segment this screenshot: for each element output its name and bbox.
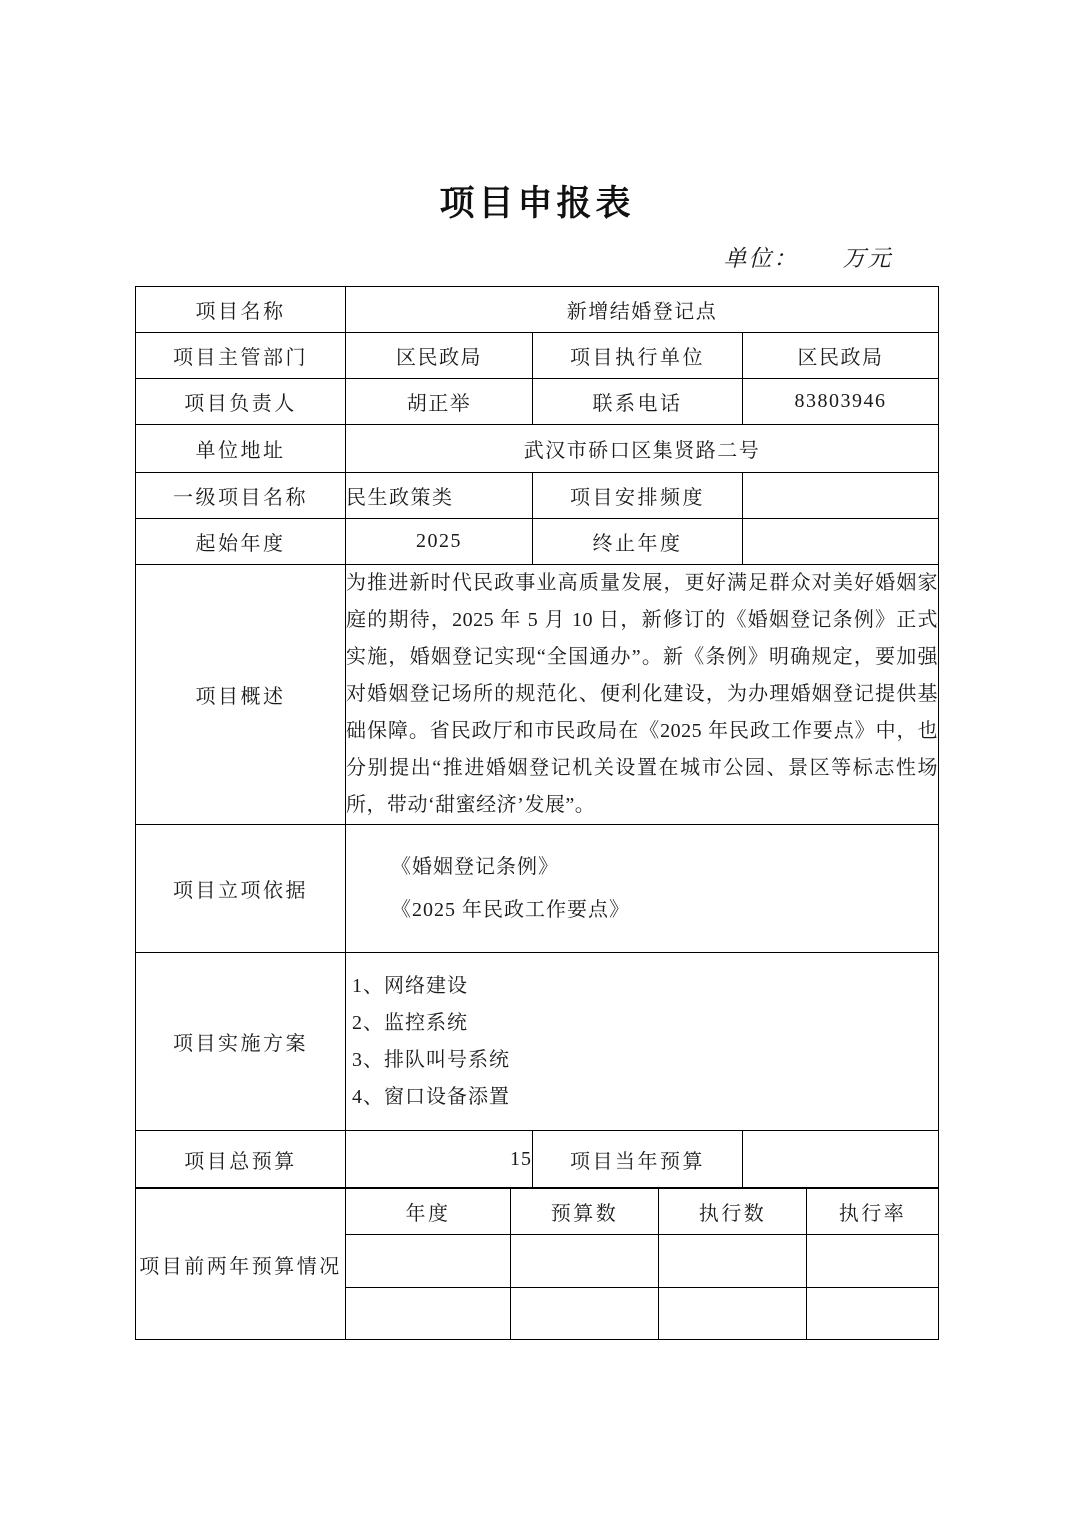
- history-cell-year-1: [346, 1235, 511, 1288]
- basis-item-1: 《婚姻登记条例》: [391, 849, 938, 885]
- start-year-label: 起始年度: [136, 519, 346, 565]
- plan-label: 项目实施方案: [136, 953, 346, 1131]
- history-cell-year-2: [346, 1288, 511, 1340]
- row-leader: 项目负责人 胡正举 联系电话 83803946: [136, 379, 939, 425]
- history-header-rate: 执行率: [807, 1189, 939, 1235]
- row-project-name: 项目名称 新增结婚登记点: [136, 287, 939, 333]
- leader-value: 胡正举: [346, 379, 533, 425]
- plan-content: 1、网络建设 2、监控系统 3、排队叫号系统 4、窗口设备添置: [346, 953, 939, 1131]
- history-cell-budget-1: [511, 1235, 659, 1288]
- basis-item-2: 《2025 年民政工作要点》: [391, 892, 938, 928]
- basis-content: 《婚姻登记条例》 《2025 年民政工作要点》: [346, 825, 939, 953]
- start-year-value: 2025: [346, 519, 533, 565]
- row-basis: 项目立项依据 《婚姻登记条例》 《2025 年民政工作要点》: [136, 825, 939, 953]
- row-level1: 一级项目名称 民生政策类 项目安排频度: [136, 473, 939, 519]
- row-address: 单位地址 武汉市硚口区集贤路二号: [136, 425, 939, 473]
- end-year-value: [743, 519, 939, 565]
- phone-value: 83803946: [743, 379, 939, 425]
- plan-item-2: 2、监控系统: [352, 1005, 938, 1042]
- history-cell-executed-2: [659, 1288, 807, 1340]
- total-budget-value: 15: [346, 1131, 533, 1188]
- address-value: 武汉市硚口区集贤路二号: [346, 425, 939, 473]
- freq-label: 项目安排频度: [533, 473, 743, 519]
- row-budget: 项目总预算 15 项目当年预算: [136, 1131, 939, 1188]
- exec-unit-label: 项目执行单位: [533, 333, 743, 379]
- freq-value: [743, 473, 939, 519]
- application-form-table: 项目名称 新增结婚登记点 项目主管部门 区民政局 项目执行单位 区民政局 项目负…: [135, 286, 939, 1188]
- level1-label: 一级项目名称: [136, 473, 346, 519]
- row-overview: 项目概述 为推进新时代民政事业高质量发展，更好满足群众对美好婚姻家庭的期待，20…: [136, 565, 939, 825]
- document-title: 项目申报表: [0, 0, 1074, 226]
- row-years: 起始年度 2025 终止年度: [136, 519, 939, 565]
- history-cell-budget-2: [511, 1288, 659, 1340]
- basis-label: 项目立项依据: [136, 825, 346, 953]
- project-name-label: 项目名称: [136, 287, 346, 333]
- leader-label: 项目负责人: [136, 379, 346, 425]
- unit-line: 单位：万元: [136, 244, 939, 274]
- row-plan: 项目实施方案 1、网络建设 2、监控系统 3、排队叫号系统 4、窗口设备添置: [136, 953, 939, 1131]
- budget-history-table: 项目前两年预算情况 年度 预算数 执行数 执行率: [135, 1188, 939, 1340]
- overview-label: 项目概述: [136, 565, 346, 825]
- document-page: 项目申报表 单位：万元 项目名称 新增结婚登记点 项目主管部门 区民政局 项目执…: [0, 0, 1074, 1520]
- project-name-value: 新增结婚登记点: [346, 287, 939, 333]
- history-header-year: 年度: [346, 1189, 511, 1235]
- history-header-executed: 执行数: [659, 1189, 807, 1235]
- dept-label: 项目主管部门: [136, 333, 346, 379]
- current-budget-value: [743, 1131, 939, 1188]
- history-label: 项目前两年预算情况: [136, 1189, 346, 1340]
- exec-unit-value: 区民政局: [743, 333, 939, 379]
- address-label: 单位地址: [136, 425, 346, 473]
- history-cell-rate-1: [807, 1235, 939, 1288]
- history-cell-executed-1: [659, 1235, 807, 1288]
- row-dept: 项目主管部门 区民政局 项目执行单位 区民政局: [136, 333, 939, 379]
- end-year-label: 终止年度: [533, 519, 743, 565]
- total-budget-label: 项目总预算: [136, 1131, 346, 1188]
- history-cell-rate-2: [807, 1288, 939, 1340]
- overview-text: 为推进新时代民政事业高质量发展，更好满足群众对美好婚姻家庭的期待，2025 年 …: [346, 565, 939, 825]
- level1-value: 民生政策类: [346, 473, 533, 519]
- unit-value: 万元: [843, 246, 893, 271]
- unit-label: 单位：: [724, 246, 799, 271]
- phone-label: 联系电话: [533, 379, 743, 425]
- history-header-row: 项目前两年预算情况 年度 预算数 执行数 执行率: [136, 1189, 939, 1235]
- plan-item-3: 3、排队叫号系统: [352, 1042, 938, 1079]
- plan-item-4: 4、窗口设备添置: [352, 1079, 938, 1116]
- plan-item-1: 1、网络建设: [352, 968, 938, 1005]
- current-budget-label: 项目当年预算: [533, 1131, 743, 1188]
- dept-value: 区民政局: [346, 333, 533, 379]
- history-header-budget: 预算数: [511, 1189, 659, 1235]
